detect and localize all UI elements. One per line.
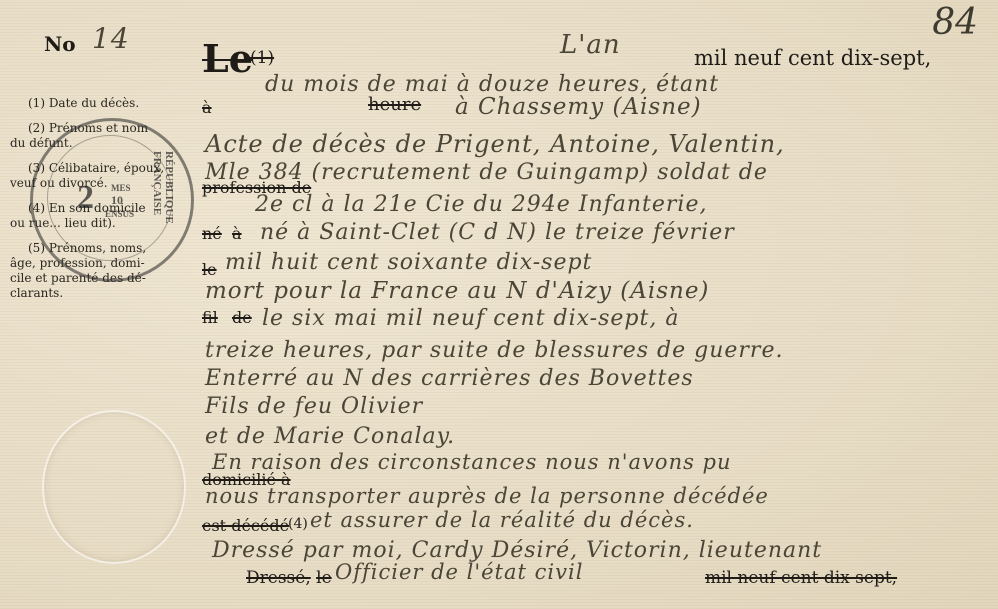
- stamp-unit-2: 10: [111, 193, 123, 208]
- hand-line-9: le six mai mil neuf cent dix-sept, à: [262, 306, 679, 331]
- hand-line-2: à Chassemy (Aisne): [455, 94, 702, 120]
- printed-le: Le: [202, 36, 253, 81]
- hand-line-lan: L'an: [560, 30, 621, 60]
- stamp-unit-3: ENSUS: [105, 209, 134, 219]
- fiscal-stamp-icon: 2 MES 10 ENSUS RÉPUBLIQUE FRANÇAISE: [30, 118, 194, 282]
- margin-note-5d: clarants.: [10, 286, 164, 301]
- act-number-label: No: [44, 32, 76, 56]
- printed-le-2: le: [202, 260, 217, 279]
- stamp-legend: RÉPUBLIQUE FRANÇAISE: [151, 151, 175, 279]
- embossed-seal-icon: [42, 410, 186, 564]
- printed-ne: né: [202, 224, 222, 243]
- footnote-4: (4): [288, 516, 308, 532]
- hand-line-16: et assurer de la réalité du décès.: [310, 508, 694, 532]
- printed-le-3: le: [316, 568, 332, 588]
- printed-a: à: [202, 98, 212, 117]
- hand-line-7: mil huit cent soixante dix-sept: [225, 250, 592, 275]
- printed-heure: heure: [368, 94, 421, 115]
- printed-de: de: [232, 308, 252, 327]
- hand-line-18: Officier de l'état civil: [335, 560, 583, 584]
- printed-est-decede: est décédé: [202, 516, 289, 535]
- printed-dresse-word: Dressé,: [246, 568, 311, 588]
- hand-line-11: Enterré au N des carrières des Bovettes: [205, 366, 694, 391]
- hand-line-12: Fils de feu Olivier: [205, 394, 423, 419]
- hand-line-5: 2e cl à la 21e Cie du 294e Infanterie,: [255, 192, 707, 217]
- hand-line-8: mort pour la France au N d'Aizy (Aisne): [205, 278, 709, 304]
- margin-note-1: (1) Date du décès.: [28, 96, 164, 111]
- hand-line-6: né à Saint-Clet (C d N) le treize févrie…: [260, 220, 735, 245]
- printed-dresse: Dressé, le: [246, 568, 332, 588]
- footnote-1: (1): [250, 48, 274, 68]
- act-number: 14: [92, 22, 130, 55]
- printed-a-2: à: [232, 224, 242, 243]
- hand-line-3: Acte de décès de Prigent, Antoine, Valen…: [205, 130, 785, 158]
- hand-line-10: treize heures, par suite de blessures de…: [205, 338, 783, 363]
- hand-line-13: et de Marie Conalay.: [205, 424, 455, 449]
- stamp-unit-1: MES: [111, 183, 131, 193]
- hand-line-15: nous transporter auprès de la personne d…: [205, 484, 769, 508]
- printed-year: mil neuf cent dix-sept,: [694, 46, 931, 70]
- printed-fil: fil: [202, 308, 218, 327]
- page-number: 84: [932, 2, 978, 43]
- printed-year-footer: mil neuf cent dix-sept,: [705, 568, 897, 588]
- stamp-value: 2: [77, 179, 94, 217]
